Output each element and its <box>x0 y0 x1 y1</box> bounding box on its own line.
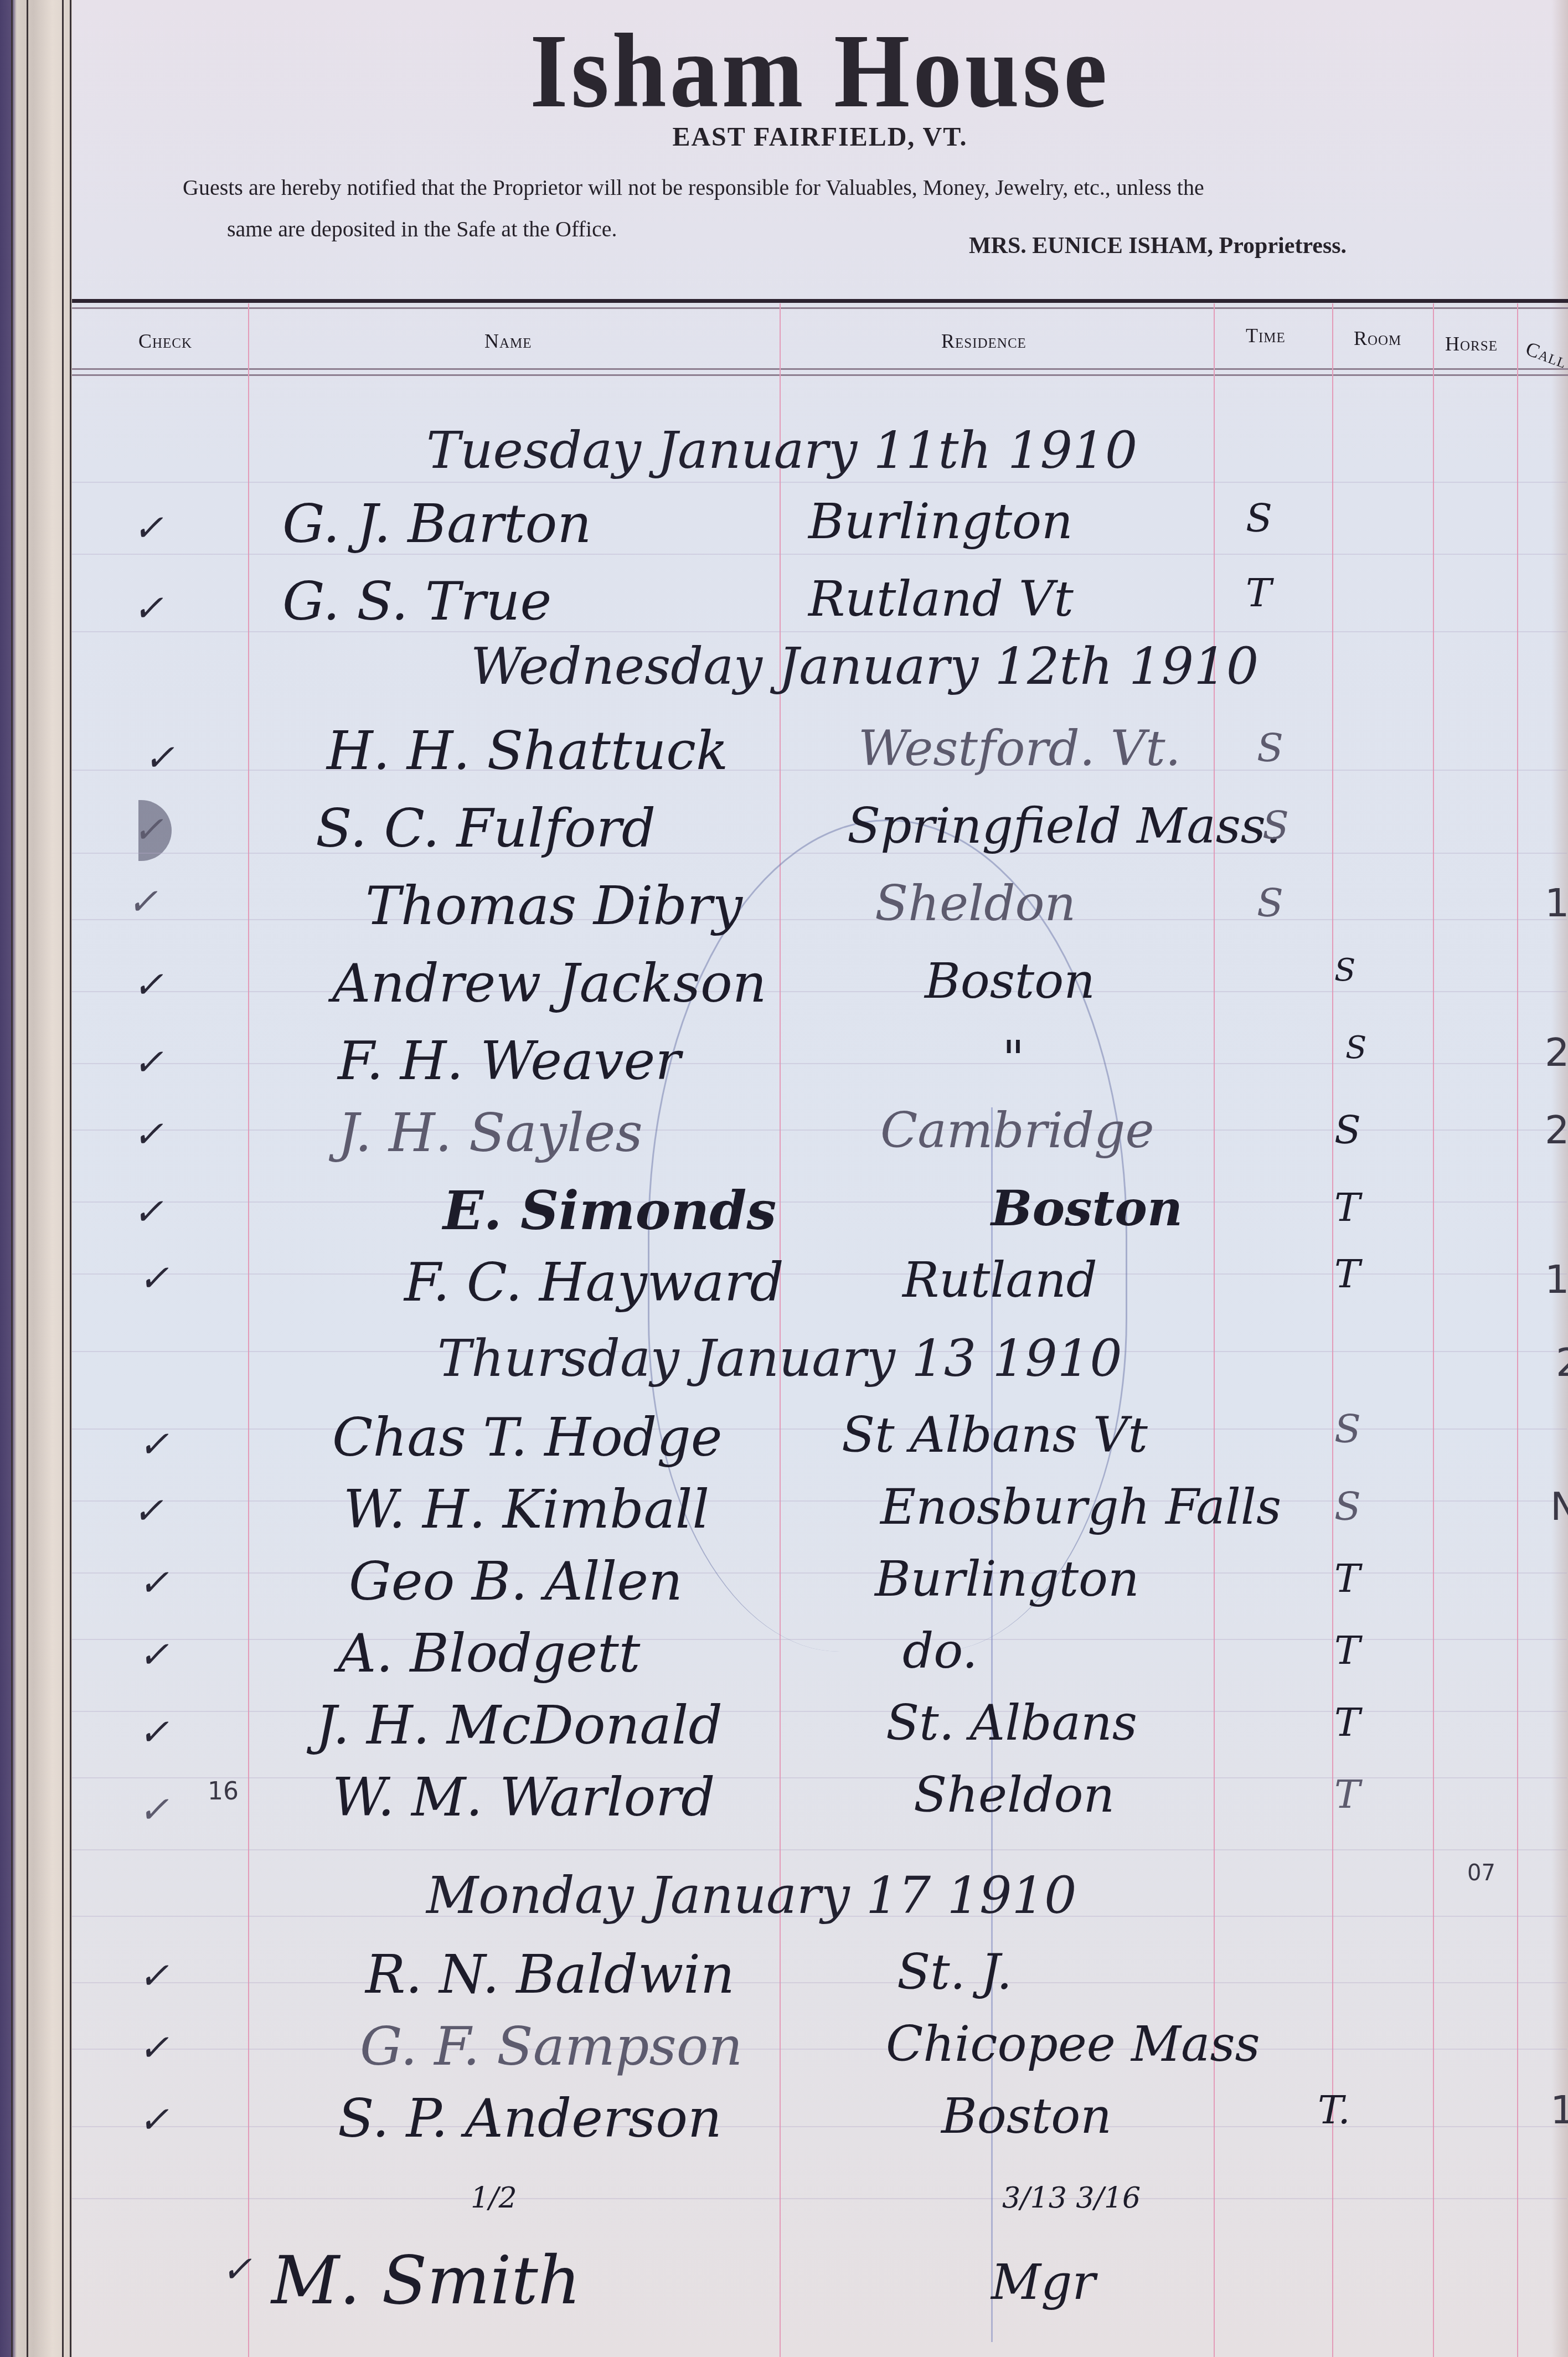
column-header-time: Time <box>1246 324 1286 347</box>
check-mark: ✓ <box>133 963 163 1006</box>
guest-residence: Burlington <box>808 493 1073 550</box>
guest-name: W. M. Warlord <box>332 1766 715 1828</box>
book-binding <box>0 0 72 2357</box>
guest-residence: Rutland Vt <box>808 570 1074 627</box>
ruled-line <box>72 2049 1567 2050</box>
guest-residence: Westford. Vt. <box>858 720 1181 777</box>
register-page: Isham House EAST FAIRFIELD, VT. Guests a… <box>72 0 1568 2357</box>
check-mark: ✓ <box>133 808 163 851</box>
time-mark: T <box>1334 1628 1360 1673</box>
guest-name: J. H. Sayles <box>338 1102 643 1164</box>
guest-name: Andrew Jackson <box>332 952 767 1014</box>
check-mark: ✓ <box>138 2098 169 2141</box>
scribble-note: 1/2 <box>471 2181 517 2215</box>
column-header-check: Check <box>138 329 192 353</box>
binding-rule <box>62 0 64 2357</box>
check-mark: ✓ <box>221 2248 252 2291</box>
time-mark: S <box>1334 1484 1361 1529</box>
guest-residence: St. J. <box>897 1943 1012 2000</box>
guest-residence: Rutland <box>902 1251 1097 1308</box>
horse-count: 2 <box>1545 1030 1568 1075</box>
binding-rule <box>27 0 28 2357</box>
guest-residence: Boston <box>991 1179 1183 1237</box>
guest-name: G. F. Sampson <box>360 2015 742 2077</box>
check-mark: ✓ <box>133 1113 163 1156</box>
guest-name: Geo B. Allen <box>349 1550 683 1612</box>
time-mark: S <box>1334 952 1355 988</box>
guest-name: Thomas Dibry <box>365 875 742 937</box>
column-header-name: Name <box>484 329 532 353</box>
binding-rule <box>11 0 13 2357</box>
hotel-location: EAST FAIRFIELD, VT. <box>72 122 1568 152</box>
time-mark: T <box>1334 1772 1360 1817</box>
guest-name: G. S. True <box>282 570 551 632</box>
scribble-note: 3/13 3/16 <box>1002 2181 1141 2215</box>
guest-residence: Sheldon <box>914 1766 1115 1823</box>
check-mark: ✓ <box>138 1423 169 1466</box>
horse-count: 1 <box>1545 880 1568 926</box>
guest-name: J. H. McDonald <box>316 1694 723 1756</box>
time-mark: T. <box>1318 2087 1350 2133</box>
date-heading: Monday January 17 1910 <box>426 1866 1077 1925</box>
ruled-line <box>72 770 1567 771</box>
check-mark: ✓ <box>133 1041 163 1084</box>
date-heading: Wednesday January 12th 1910 <box>471 637 1258 696</box>
time-mark: S <box>1334 1107 1361 1153</box>
guest-name: G. J. Barton <box>282 493 591 555</box>
guest-name: Chas T. Hodge <box>332 1406 722 1468</box>
binding-rule <box>70 0 71 2357</box>
guest-name: E. Simonds <box>443 1179 776 1242</box>
date-heading: Thursday January 13 1910 <box>437 1329 1122 1388</box>
guest-name: F. C. Hayward <box>404 1251 784 1313</box>
check-mark: ✓ <box>133 507 163 549</box>
guest-residence: Boston <box>941 2087 1112 2144</box>
column-header-room: Room <box>1354 327 1401 350</box>
check-mark: ✓ <box>138 1561 169 1604</box>
header-rule-bottom <box>72 368 1568 376</box>
guest-residence: Cambridge <box>880 1102 1154 1159</box>
guest-name: S. C. Fulford <box>316 797 656 859</box>
guest-name: H. H. Shattuck <box>327 720 728 782</box>
time-mark: T <box>1246 570 1272 616</box>
guest-residence: Burlington <box>875 1550 1139 1607</box>
time-mark: S <box>1246 496 1272 541</box>
check-mark: ✓ <box>133 587 163 630</box>
proprietor: MRS. EUNICE ISHAM, Proprietress. <box>969 233 1347 259</box>
notice-line-2: same are deposited in the Safe at the Of… <box>227 216 617 242</box>
guest-name: S. P. Anderson <box>338 2087 722 2149</box>
check-mark: ✓ <box>133 1190 163 1233</box>
guest-residence: Mgr <box>991 2253 1096 2310</box>
header-rule-top <box>72 299 1568 309</box>
guest-residence: do. <box>902 1622 978 1679</box>
ruled-line <box>72 2198 1567 2199</box>
horse-count: 2 <box>1556 1340 1568 1385</box>
horse-count: 1 <box>1545 1257 1568 1302</box>
check-mark: ✓ <box>138 1633 169 1676</box>
check-mark: ✓ <box>138 1257 169 1299</box>
check-mark: ✓ <box>138 2026 169 2069</box>
room-note: 07 <box>1467 1860 1495 1886</box>
guest-residence: Boston <box>925 952 1095 1009</box>
check-mark: ✓ <box>127 880 158 923</box>
check-mark: ✓ <box>144 736 174 779</box>
guest-residence: Enosburgh Falls <box>880 1478 1281 1535</box>
margin-number: 16 <box>208 1777 239 1806</box>
guest-residence: " <box>1002 1030 1024 1087</box>
horse-count: 1 <box>1550 2087 1568 2133</box>
guest-residence: St. Albans <box>886 1694 1137 1751</box>
guest-name: F. H. Weaver <box>338 1030 680 1092</box>
guest-residence: Springfield Mass. <box>847 797 1281 854</box>
time-mark: S <box>1262 803 1289 848</box>
guest-name: M. Smith <box>271 2242 581 2319</box>
notice-line-1: Guests are hereby notified that the Prop… <box>183 174 1204 200</box>
time-mark: T <box>1334 1251 1360 1297</box>
date-heading: Tuesday January 11th 1910 <box>426 421 1137 480</box>
time-mark: S <box>1345 1030 1366 1066</box>
time-mark: S <box>1257 880 1283 926</box>
ruled-line <box>72 1982 1567 1983</box>
ruled-line <box>72 1849 1567 1850</box>
check-mark: ✓ <box>138 1954 169 1997</box>
check-mark: ✓ <box>133 1489 163 1532</box>
guest-name: A. Blodgett <box>338 1622 640 1684</box>
column-header-residence: Residence <box>941 329 1027 353</box>
ruled-line <box>72 482 1567 483</box>
column-header-horse: Horse <box>1445 332 1498 355</box>
guest-name: R. N. Baldwin <box>365 1943 735 2005</box>
time-mark: T <box>1334 1700 1360 1745</box>
guest-residence: Chicopee Mass <box>886 2015 1260 2072</box>
check-mark: ✓ <box>138 1711 169 1753</box>
hotel-title: Isham House <box>125 11 1516 132</box>
horse-count: 2 <box>1545 1107 1568 1153</box>
time-mark: S <box>1334 1406 1361 1452</box>
check-mark: ✓ <box>138 1788 169 1831</box>
guest-residence: Sheldon <box>875 875 1076 932</box>
time-mark: S <box>1257 725 1283 771</box>
guest-residence: St Albans Vt <box>842 1406 1148 1463</box>
horse-count: N <box>1550 1484 1568 1529</box>
time-mark: T <box>1334 1556 1360 1601</box>
guest-name: W. H. Kimball <box>343 1478 709 1540</box>
time-mark: T <box>1334 1185 1360 1230</box>
